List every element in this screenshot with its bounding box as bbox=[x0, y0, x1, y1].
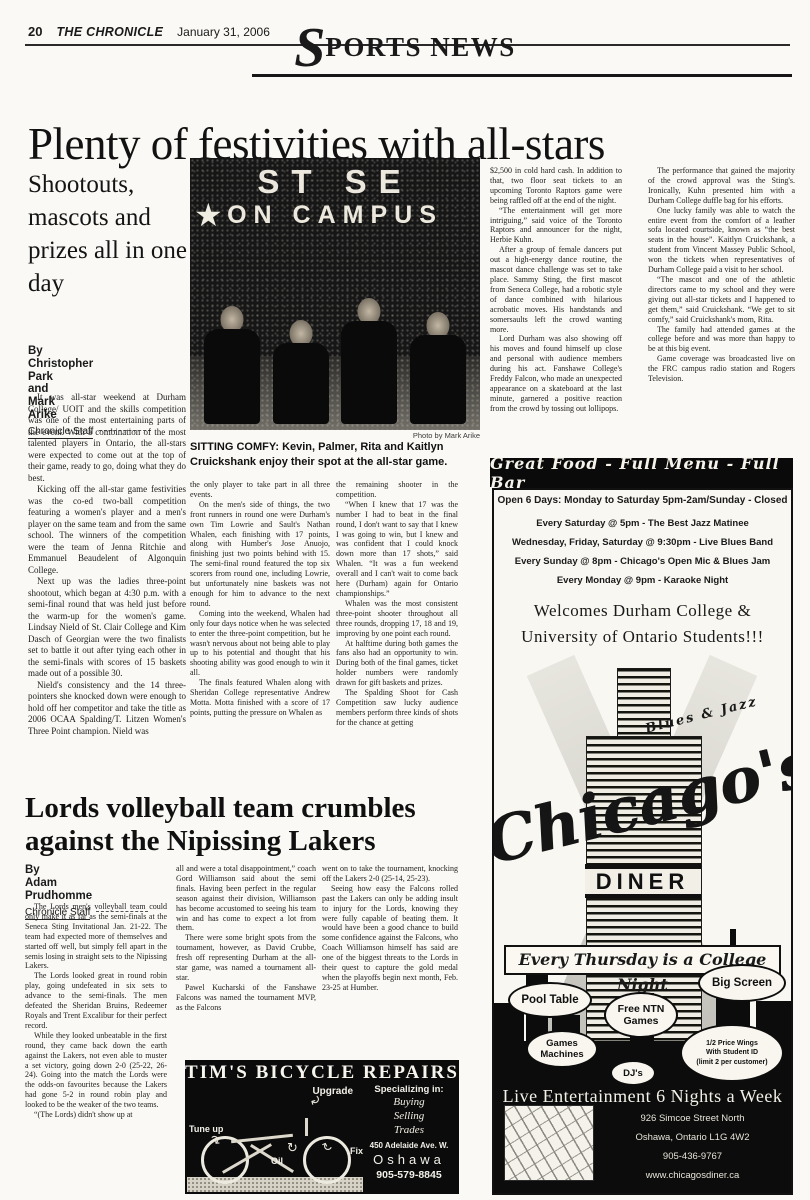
diner-address-line2: Oshawa, Ontario L1G 4W2 bbox=[598, 1128, 787, 1147]
welcome-line2: University of Ontario Students!!! bbox=[496, 624, 789, 650]
bike-label-upgrade: Upgrade bbox=[312, 1086, 353, 1097]
paragraph: Coming into the weekend, Whalen had only… bbox=[190, 609, 330, 678]
person-torso bbox=[341, 321, 397, 424]
paragraph: Pawel Kucharski of the Fanshawe Falcons … bbox=[176, 983, 316, 1013]
lead-column-5: The performance that gained the majority… bbox=[648, 166, 795, 454]
paragraph: After a group of female dancers put out … bbox=[490, 245, 622, 334]
paragraph: Selling bbox=[363, 1109, 455, 1123]
section-rule bbox=[252, 74, 792, 77]
paragraph: There were some bright spots from the to… bbox=[176, 933, 316, 983]
person-torso bbox=[273, 343, 329, 424]
rotate-arrow-icon: ↻ bbox=[287, 1141, 298, 1156]
paragraph: went on to take the tournament, knocking… bbox=[322, 864, 458, 884]
live-entertainment-banner: Live Entertainment 6 Nights a Week bbox=[494, 1086, 791, 1107]
paragraph: (limit 2 per customer) bbox=[696, 1058, 767, 1068]
specializing-label: Specializing in: bbox=[363, 1084, 455, 1095]
paragraph: “When I knew that 17 was the number I ha… bbox=[336, 500, 458, 599]
games-machines-bubble: Games Machines bbox=[526, 1030, 598, 1068]
section-title: PORTS NEWS bbox=[325, 32, 515, 62]
map-thumbnail bbox=[504, 1105, 594, 1181]
article-photo: ★ ST SE ON CAMPUS bbox=[190, 158, 480, 430]
volleyball-column-1: The Lords men's volleyball team could on… bbox=[25, 902, 167, 1194]
person-silhouette bbox=[204, 306, 260, 424]
paragraph: Lord Durham was also showing off his mov… bbox=[490, 334, 622, 413]
paragraph: Every Monday @ 9pm - Karaoke Night bbox=[498, 571, 787, 590]
person-silhouette bbox=[273, 320, 329, 424]
paragraph: 1/2 Price Wings bbox=[696, 1039, 767, 1049]
paragraph: Next up was the ladies three-point shoot… bbox=[28, 576, 186, 680]
paragraph: The Lords men's volleyball team could on… bbox=[25, 902, 167, 971]
bike-label-oil: Oil bbox=[271, 1156, 283, 1166]
diner-website: www.chicagosdiner.ca bbox=[598, 1166, 787, 1185]
person-torso bbox=[204, 329, 260, 424]
section-banner: SPORTS NEWS bbox=[0, 22, 810, 74]
diner-address-line1: 926 Simcoe Street North bbox=[598, 1109, 787, 1128]
paragraph: The finals featured Whalen along with Sh… bbox=[190, 678, 330, 718]
paragraph: Game coverage was broadcasted live on th… bbox=[648, 354, 795, 384]
paragraph: Seeing how easy the Falcons rolled past … bbox=[322, 884, 458, 993]
bike-frame bbox=[231, 1134, 293, 1143]
bike-label-fix: Fix bbox=[350, 1146, 363, 1156]
photo-banner: ST SE ON CAMPUS bbox=[190, 164, 480, 230]
diner-sign: DINER bbox=[585, 864, 701, 898]
photo-caption: SITTING COMFY: Kevin, Palmer, Rita and K… bbox=[190, 440, 482, 469]
diner-welcome: Welcomes Durham College & University of … bbox=[496, 598, 789, 650]
diner-ad: Open 6 Days: Monday to Saturday 5pm-2am/… bbox=[492, 488, 793, 1195]
paragraph: While they looked unbeatable in the firs… bbox=[25, 1031, 167, 1110]
bike-ad-address: 450 Adelaide Ave. W. bbox=[363, 1141, 455, 1150]
bike-label-tuneup: Tune up bbox=[189, 1124, 223, 1134]
diner-address-block: 926 Simcoe Street North Oshawa, Ontario … bbox=[598, 1109, 787, 1185]
volleyball-headline-line1: Lords volleyball team crumbles bbox=[25, 792, 461, 825]
person-silhouette bbox=[410, 312, 466, 424]
paragraph: Nield's consistency and the 14 three-poi… bbox=[28, 680, 186, 738]
newspaper-page: 20 THE CHRONICLE January 31, 2006 SPORTS… bbox=[0, 0, 810, 1200]
paragraph: With Student ID bbox=[696, 1048, 767, 1058]
paragraph: The Lords looked great in round robin pl… bbox=[25, 971, 167, 1030]
volleyball-column-2: all and were a total disappointment,” co… bbox=[176, 864, 316, 1056]
lead-column-4: $2,500 in cold hard cash. In addition to… bbox=[490, 166, 622, 454]
bike-ad-info-panel: Specializing in: BuyingSellingTrades 450… bbox=[363, 1084, 455, 1181]
people-silhouettes bbox=[198, 298, 472, 424]
bike-frame bbox=[305, 1118, 308, 1136]
diner-phone: 905-436-9767 bbox=[598, 1147, 787, 1166]
person-torso bbox=[410, 335, 466, 424]
wings-bubble-lines: 1/2 Price WingsWith Student ID(limit 2 p… bbox=[696, 1039, 767, 1068]
lead-column-3: the remaining shooter in the competition… bbox=[336, 480, 458, 792]
byline-author: By Adam Prudhomme bbox=[25, 864, 55, 902]
volleyball-headline-line2: against the Nipissing Lakers bbox=[25, 825, 461, 858]
paragraph: “The entertainment will get more intrigu… bbox=[490, 206, 622, 246]
byline-author: By Christopher Park bbox=[28, 345, 58, 383]
paragraph: Every Sunday @ 8pm - Chicago's Open Mic … bbox=[498, 552, 787, 571]
paragraph: “The mascot and one of the athletic dire… bbox=[648, 275, 795, 325]
banner-text-line2: ON CAMPUS bbox=[190, 200, 480, 230]
paragraph: The Spalding Shoot for Cash Competition … bbox=[336, 688, 458, 728]
paragraph: the remaining shooter in the competition… bbox=[336, 480, 458, 500]
paragraph: The family had attended games at the col… bbox=[648, 325, 795, 355]
section-initial: S bbox=[294, 17, 325, 79]
volleyball-column-3: went on to take the tournament, knocking… bbox=[322, 864, 458, 1056]
services-list: BuyingSellingTrades bbox=[363, 1095, 455, 1137]
volleyball-headline: Lords volleyball team crumbles against t… bbox=[25, 792, 461, 857]
photo-credit: Photo by Mark Arike bbox=[300, 431, 480, 440]
diner-hours: Open 6 Days: Monday to Saturday 5pm-2am/… bbox=[496, 495, 789, 506]
free-ntn-games-bubble: Free NTN Games bbox=[604, 992, 678, 1038]
welcome-line1: Welcomes Durham College & bbox=[496, 598, 789, 624]
paragraph: The performance that gained the majority… bbox=[648, 166, 795, 206]
bike-ad-title: TIM'S BICYCLE REPAIRS bbox=[185, 1062, 459, 1084]
paragraph: $2,500 in cold hard cash. In addition to… bbox=[490, 166, 622, 206]
pool-table-bubble: Pool Table bbox=[508, 982, 592, 1018]
lead-deck: Shootouts, mascots and prizes all in one… bbox=[28, 168, 190, 300]
paragraph: Trades bbox=[363, 1123, 455, 1137]
paragraph: Buying bbox=[363, 1095, 455, 1109]
paragraph: the only player to take part in all thre… bbox=[190, 480, 330, 500]
paragraph: all and were a total disappointment,” co… bbox=[176, 864, 316, 933]
djs-bubble: DJ's bbox=[610, 1060, 656, 1086]
paragraph: One lucky family was able to watch the e… bbox=[648, 206, 795, 275]
half-price-wings-bubble: 1/2 Price WingsWith Student ID(limit 2 p… bbox=[680, 1024, 784, 1082]
paragraph: On the men's side of things, the two fro… bbox=[190, 500, 330, 609]
paragraph: Wednesday, Friday, Saturday @ 9:30pm - L… bbox=[498, 533, 787, 552]
big-screen-bubble: Big Screen bbox=[698, 964, 786, 1002]
paragraph: Whalen was the most consistent three-poi… bbox=[336, 599, 458, 639]
lead-column-1: It was all-star weekend at Durham Colleg… bbox=[28, 392, 186, 828]
paragraph: Kicking off the all-star game festivitie… bbox=[28, 484, 186, 576]
diner-ad-top-banner: Great Food - Full Menu - Full Bar bbox=[490, 458, 793, 488]
lead-column-2: the only player to take part in all thre… bbox=[190, 480, 330, 792]
paragraph: Every Saturday @ 5pm - The Best Jazz Mat… bbox=[498, 514, 787, 533]
banner-text-line1: ST SE bbox=[190, 164, 480, 200]
paragraph: At halftime during both games the fans a… bbox=[336, 639, 458, 689]
diner-schedule: Every Saturday @ 5pm - The Best Jazz Mat… bbox=[498, 514, 787, 590]
bike-ad-phone: 905-579-8845 bbox=[363, 1169, 455, 1181]
bike-repair-ad: TIM'S BICYCLE REPAIRS ↷ ↻ ↷ ↷ Tune up Oi… bbox=[185, 1060, 459, 1194]
bike-ad-city: Oshawa bbox=[363, 1152, 455, 1167]
diner-top-banner-text: Great Food - Full Menu - Full Bar bbox=[490, 454, 793, 492]
bike-illustration: ↷ ↻ ↷ ↷ Tune up Oil Upgrade Fix bbox=[187, 1086, 363, 1192]
paragraph: It was all-star weekend at Durham Colleg… bbox=[28, 392, 186, 484]
paragraph: “(The Lords) didn't show up at bbox=[25, 1110, 167, 1120]
person-silhouette bbox=[341, 298, 397, 424]
